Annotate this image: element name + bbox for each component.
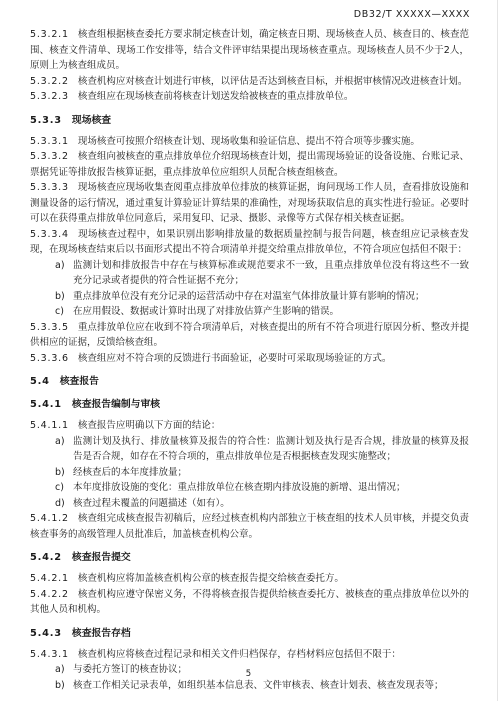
clause-paragraph: 5.4.3.1核查机构应将核查过程记录和相关文件归档保存，存档材料应包括但不限于… [30,647,469,663]
standard-number: DB32/T XXXXX—XXXX [354,9,470,20]
list-item-marker: a) [55,258,73,289]
clause-number: 5.4.2.1 [30,573,69,584]
document-body: 5.3.2.1核查组根据核查委托方要求制定核查计划，确定核查日期、现场核查人员、… [30,27,469,693]
list-item-marker: c) [55,304,73,320]
clause-paragraph: 5.4.1.1核查报告应明确以下方面的结论： [30,418,469,434]
heading-title: 核查报告编制与审核 [72,399,160,410]
list-item-text: 本年度排放设施的变化：重点排放单位在核查期内排放设施的新增、退出情况； [73,480,469,496]
section-heading: 5.4.2核查报告提交 [30,550,469,565]
clause-paragraph: 5.3.3.1现场核查可按照介绍核查计划、现场收集和验证信息、提出不符合项等步骤… [30,134,469,150]
list-item-text: 核查过程未覆盖的问题描述（如有）。 [73,496,469,512]
document-footer: 5 [0,669,497,679]
clause-paragraph: 5.4.2.2核查机构应遵守保密义务，不得将核查报告提供给核查委托方、被核查的重… [30,587,469,618]
document-header: DB32/T XXXXX—XXXX [354,9,470,20]
list-item-text: 监测计划及执行、排放量核算及报告的符合性：监测计划及执行是否合规，排放量的核算及… [73,434,469,465]
clause-paragraph: 5.3.3.3现场核查应现场收集查阅重点排放单位排放的核算证据，询问现场工作人员… [30,180,469,227]
page-number: 5 [246,669,251,679]
clause-number: 5.3.3.4 [30,229,69,240]
clause-text: 核查机构应对核查计划进行审核，以评估是否达到核查目标，并根据审核情况改进核查计划… [78,76,468,87]
list-item-marker: a) [55,434,73,465]
clause-number: 5.3.3.1 [30,136,69,147]
clause-text: 现场核查应现场收集查阅重点排放单位排放的核算证据，询问现场工作人员，查看排放设施… [30,182,469,224]
heading-title: 核查报告提交 [72,552,131,563]
list-item: b)核查工作相关记录表单，如组织基本信息表、文件审核表、核查计划表、核查发现表等… [30,678,469,694]
heading-number: 5.4 [30,376,50,387]
clause-paragraph: 5.3.3.2核查组向被核查的重点排放单位介绍现场核查计划，提出需现场验证的设备… [30,149,469,180]
clause-number: 5.3.3.6 [30,353,69,364]
list-item-text: 在应用假设、数据或计算时出现了对排放估算产生影响的错误。 [73,304,469,320]
clause-paragraph: 5.3.3.6核查组应对不符合项的反馈进行书面验证，必要时可采取现场验证的方式。 [30,351,469,367]
clause-paragraph: 5.3.3.5重点排放单位应在收到不符合项清单后，对核查提出的所有不符合项进行原… [30,320,469,351]
heading-title: 核查报告存档 [72,628,131,639]
clause-text: 核查组向被核查的重点排放单位介绍现场核查计划，提出需现场验证的设备设施、台账记录… [30,151,469,178]
clause-text: 核查组应对不符合项的反馈进行书面验证，必要时可采取现场验证的方式。 [78,353,392,364]
clause-number: 5.3.2.2 [30,76,69,87]
clause-text: 核查报告应明确以下方面的结论： [78,420,221,431]
clause-number: 5.3.3.2 [30,151,69,162]
heading-number: 5.4.1 [30,399,62,410]
list-item-text: 监测计划和排放报告中存在与核算标准或规范要求不一致，且重点排放单位没有将这些不一… [73,258,469,289]
list-item: a)监测计划及执行、排放量核算及报告的符合性：监测计划及执行是否合规，排放量的核… [30,434,469,465]
heading-title: 核查报告 [60,376,99,387]
heading-number: 5.3.3 [30,115,62,126]
list-item-text: 经核查后的本年度排放量； [73,465,469,481]
list-item: c)在应用假设、数据或计算时出现了对排放估算产生影响的错误。 [30,304,469,320]
clause-number: 5.4.1.1 [30,420,69,431]
clause-paragraph: 5.3.2.1核查组根据核查委托方要求制定核查计划，确定核查日期、现场核查人员、… [30,27,469,74]
list-item: d)核查过程未覆盖的问题描述（如有）。 [30,496,469,512]
list-item: b)重点排放单位没有充分记录的运营活动中存在对温室气体排放量计算有影响的情况； [30,289,469,305]
list-item-marker: b) [55,289,73,305]
clause-text: 核查组根据核查委托方要求制定核查计划，确定核查日期、现场核查人员、核查目的、核查… [30,29,469,71]
clause-number: 5.4.1.2 [30,513,69,524]
clause-text: 核查机构应遵守保密义务，不得将核查报告提供给核查委托方、被核查的重点排放单位以外… [30,589,469,616]
list-item: b)经核查后的本年度排放量； [30,465,469,481]
clause-text: 核查机构应将加盖核查机构公章的核查报告提交给核查委托方。 [78,573,344,584]
clause-text: 现场核查可按照介绍核查计划、现场收集和验证信息、提出不符合项等步骤实施。 [78,136,420,147]
clause-number: 5.3.2.3 [30,91,69,102]
list-item-marker: c) [55,480,73,496]
list-item-marker: b) [55,678,73,694]
clause-paragraph: 5.4.2.1核查机构应将加盖核查机构公章的核查报告提交给核查委托方。 [30,571,469,587]
section-heading: 5.4.1核查报告编制与审核 [30,397,469,412]
clause-text: 核查组完成核查报告初稿后，应经过核查机构内部独立于核查组的技术人员审核，并提交负… [30,513,469,540]
heading-number: 5.4.3 [30,628,62,639]
section-heading: 5.4核查报告 [30,374,469,389]
list-item-marker: d) [55,496,73,512]
clause-number: 5.3.3.5 [30,322,69,333]
clause-text: 核查组应在现场核查前将核查计划送发给被核查的重点排放单位。 [78,91,354,102]
clause-number: 5.3.2.1 [30,29,69,40]
section-heading: 5.4.3核查报告存档 [30,626,469,641]
section-heading: 5.3.3现场核查 [30,113,469,128]
list-item-marker: b) [55,465,73,481]
list-item: c)本年度排放设施的变化：重点排放单位在核查期内排放设施的新增、退出情况； [30,480,469,496]
clause-paragraph: 5.3.2.2核查机构应对核查计划进行审核，以评估是否达到核查目标，并根据审核情… [30,74,469,90]
clause-text: 核查机构应将核查过程记录和相关文件归档保存，存档材料应包括但不限于： [78,649,401,660]
clause-number: 5.4.3.1 [30,649,69,660]
heading-number: 5.4.2 [30,552,62,563]
clause-number: 5.4.2.2 [30,589,69,600]
clause-number: 5.3.3.3 [30,182,69,193]
clause-text: 现场核查过程中，如果识别出影响排放量的数据质量控制与报告问题，核查组应记录核查发… [30,229,469,256]
clause-text: 重点排放单位应在收到不符合项清单后，对核查提出的所有不符合项进行原因分析、整改并… [30,322,469,349]
document-page: DB32/T XXXXX—XXXX 5.3.2.1核查组根据核查委托方要求制定核… [0,0,498,701]
clause-paragraph: 5.4.1.2核查组完成核查报告初稿后，应经过核查机构内部独立于核查组的技术人员… [30,511,469,542]
list-item-text: 核查工作相关记录表单，如组织基本信息表、文件审核表、核查计划表、核查发现表等； [73,678,469,694]
list-item: a)监测计划和排放报告中存在与核算标准或规范要求不一致，且重点排放单位没有将这些… [30,258,469,289]
heading-title: 现场核查 [72,115,111,126]
clause-paragraph: 5.3.2.3核查组应在现场核查前将核查计划送发给被核查的重点排放单位。 [30,89,469,105]
list-item-text: 重点排放单位没有充分记录的运营活动中存在对温室气体排放量计算有影响的情况； [73,289,469,305]
clause-paragraph: 5.3.3.4现场核查过程中，如果识别出影响排放量的数据质量控制与报告问题，核查… [30,227,469,258]
